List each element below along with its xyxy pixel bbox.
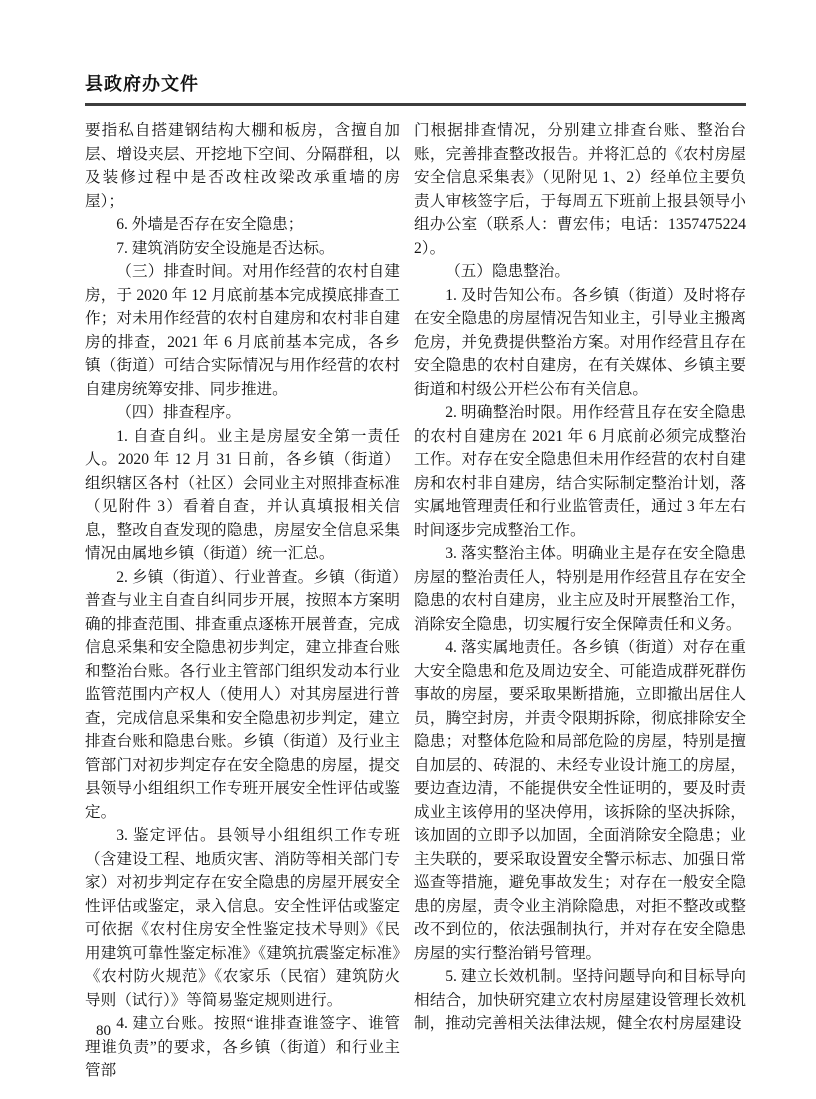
document-page: 县政府办文件 要指私自搭建钢结构大棚和板房，含擅自加层、增设夹层、开挖地下空间、… [0,0,816,1099]
paragraph: 1. 及时告知公布。各乡镇（街道）及时将存在安全隐患的房屋情况告知业主，引导业主… [414,284,746,402]
page-title: 县政府办文件 [85,74,746,94]
header-rule [85,103,746,106]
page-header: 县政府办文件 [85,74,746,106]
right-column: 门根据排查情况，分别建立排查台账、整治台账，完善排查整改报告。并将汇总的《农村房… [414,119,746,1083]
paragraph: 1. 自查自纠。业主是房屋安全第一责任人。2020 年 12 月 31 日前，各… [85,425,400,566]
left-column: 要指私自搭建钢结构大棚和板房，含擅自加层、增设夹层、开挖地下空间、分隔群租，以及… [85,119,400,1083]
paragraph: 6. 外墙是否存在安全隐患； [85,213,400,237]
paragraph: 2. 乡镇（街道）、行业普查。乡镇（街道）普查与业主自查自纠同步开展，按照本方案… [85,566,400,825]
paragraph: 3. 落实整治主体。明确业主是存在安全隐患房屋的整治责任人，特别是用作经营且存在… [414,542,746,636]
paragraph: 5. 建立长效机制。坚持问题导向和目标导向相结合，加快研究建立农村房屋建设管理长… [414,965,746,1036]
paragraph: 3. 鉴定评估。县领导小组组织工作专班（含建设工程、地质灾害、消防等相关部门专家… [85,824,400,1012]
paragraph: 4. 落实属地责任。各乡镇（街道）对存在重大安全隐患和危及周边安全、可能造成群死… [414,636,746,965]
paragraph: （五）隐患整治。 [414,260,746,284]
document-body: 要指私自搭建钢结构大棚和板房，含擅自加层、增设夹层、开挖地下空间、分隔群租，以及… [85,119,746,1083]
paragraph: 门根据排查情况，分别建立排查台账、整治台账，完善排查整改报告。并将汇总的《农村房… [414,119,746,260]
paragraph: （三）排查时间。对用作经营的农村自建房，于 2020 年 12 月底前基本完成摸… [85,260,400,401]
paragraph: 要指私自搭建钢结构大棚和板房，含擅自加层、增设夹层、开挖地下空间、分隔群租，以及… [85,119,400,213]
paragraph: 4. 建立台账。按照“谁排查谁签字、谁管理谁负责”的要求，各乡镇（街道）和行业主… [85,1012,400,1083]
paragraph: 7. 建筑消防安全设施是否达标。 [85,237,400,261]
page-footer: 80 [96,1022,111,1040]
paragraph: 2. 明确整治时限。用作经营且存在安全隐患的农村自建房在 2021 年 6 月底… [414,401,746,542]
paragraph: （四）排查程序。 [85,401,400,425]
page-number: 80 [96,1023,111,1039]
